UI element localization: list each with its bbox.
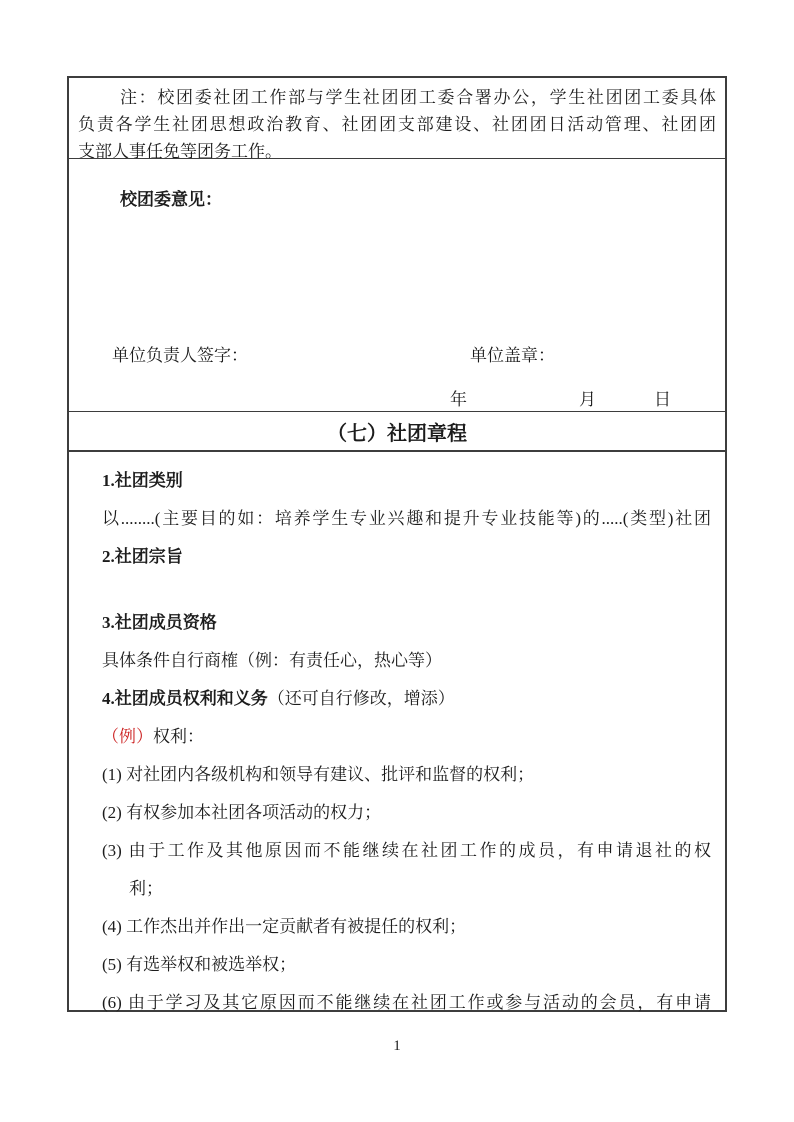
charter-content-row: 1.社团类别 以........(主要目的如：培养学生专业兴趣和提升专业技能等)… <box>69 452 725 1012</box>
charter-right-1: (1) 对社团内各级机构和领导有建议、批评和监督的权利； <box>102 756 711 794</box>
section-header-title: （七）社团章程 <box>327 417 467 446</box>
charter-example-line: （例）权利： <box>102 718 711 756</box>
seal-label: 单位盖章： <box>470 341 555 366</box>
charter-item3-title: 3.社团成员资格 <box>102 604 711 642</box>
note-row: 注：校团委社团工作部与学生社团团工委合署办公，学生社团团工委具体 负责各学生社团… <box>69 78 725 159</box>
charter-right-4: (4) 工作杰出并作出一定贡献者有被提任的权利； <box>102 908 711 946</box>
charter-item2-title: 2.社团宗旨 <box>102 538 711 576</box>
charter-item1-body: 以........(主要目的如：培养学生专业兴趣和提升专业技能等)的.....(… <box>102 500 711 538</box>
charter-right-3: (3) 由于工作及其他原因而不能继续在社团工作的成员，有申请退社的权 <box>102 832 711 870</box>
note-line-1: 注：校团委社团工作部与学生社团团工委合署办公，学生社团团工委具体 <box>78 84 716 111</box>
charter-item3-body: 具体条件自行商榷（例：有责任心，热心等） <box>102 642 711 680</box>
page-number: 1 <box>0 1038 794 1055</box>
form-table: 注：校团委社团工作部与学生社团团工委合署办公，学生社团团工委具体 负责各学生社团… <box>67 76 727 1012</box>
date-day-label: 日 <box>654 385 671 410</box>
note-line-3: 支部人事任免等团务工作。 <box>78 138 716 159</box>
note-line-2: 负责各学生社团思想政治教育、社团团支部建设、社团团日活动管理、社团团 <box>78 111 716 138</box>
charter-item4-title-line: 4.社团成员权利和义务（还可自行修改，增添） <box>102 680 711 718</box>
committee-opinion-row: 校团委意见： 单位负责人签字： 单位盖章： 年 月 日 <box>69 159 725 412</box>
date-year-label: 年 <box>450 385 467 410</box>
charter-item4-title: 4.社团成员权利和义务 <box>102 689 268 708</box>
charter-right-3-continuation: 利； <box>102 870 711 908</box>
signer-label: 单位负责人签字： <box>112 341 248 366</box>
committee-opinion-label: 校团委意见： <box>120 185 222 210</box>
charter-example-label: （例） <box>102 727 153 746</box>
charter-item1-title: 1.社团类别 <box>102 462 711 500</box>
charter-item2-blank-space <box>102 576 711 604</box>
charter-item4-suffix: （还可自行修改，增添） <box>268 689 455 708</box>
charter-right-5: (5) 有选举权和被选举权； <box>102 946 711 984</box>
charter-right-2: (2) 有权参加本社团各项活动的权力； <box>102 794 711 832</box>
section-header-row: （七）社团章程 <box>69 412 725 452</box>
date-month-label: 月 <box>579 385 596 410</box>
charter-right-6: (6) 由于学习及其它原因而不能继续在社团工作或参与活动的会员，有申请 <box>102 984 711 1012</box>
charter-example-text: 权利： <box>153 727 204 746</box>
document-page: 注：校团委社团工作部与学生社团团工委合署办公，学生社团团工委具体 负责各学生社团… <box>0 0 794 1122</box>
